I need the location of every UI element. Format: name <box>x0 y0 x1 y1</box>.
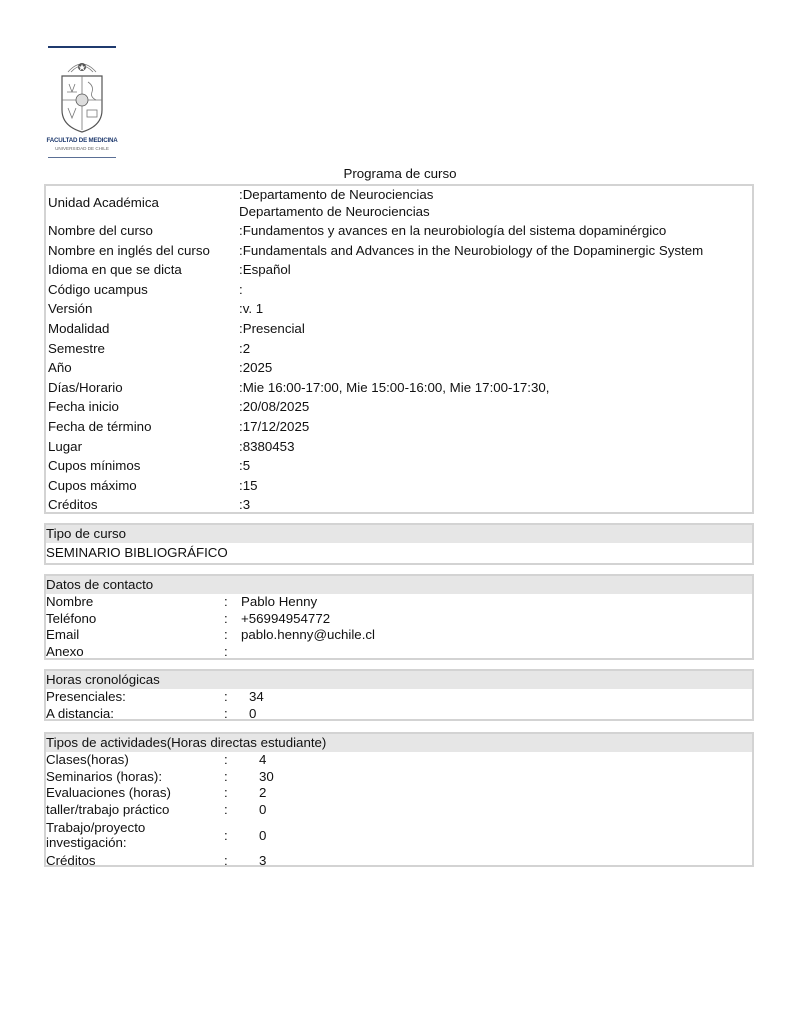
info-label: Código ucampus <box>48 282 148 297</box>
row-value: pablo.henny@uchile.cl <box>241 627 375 644</box>
row-label: taller/trabajo práctico <box>46 802 169 819</box>
info-value: :17/12/2025 <box>239 419 309 434</box>
info-label: Fecha inicio <box>48 399 119 414</box>
row-label: Email <box>46 627 79 644</box>
university-crest-icon <box>58 54 106 134</box>
info-value: :Presencial <box>239 321 305 336</box>
row-value: 34 <box>249 689 264 706</box>
info-value: : <box>239 282 243 297</box>
row-label: Clases(horas) <box>46 752 129 769</box>
info-label: Año <box>48 360 72 375</box>
info-value: :2025 <box>239 360 272 375</box>
info-label: Versión <box>48 301 92 316</box>
row-value: 4 <box>259 752 266 769</box>
info-label: Unidad Académica <box>48 195 159 210</box>
info-value: :Fundamentals and Advances in the Neurob… <box>239 243 703 258</box>
row-value: 0 <box>249 706 256 723</box>
info-label: Nombre del curso <box>48 223 153 238</box>
row-label: A distancia: <box>46 706 114 723</box>
section-row: Nombre:Pablo Henny <box>46 594 752 611</box>
faculty-name: FACULTAD DE MEDICINA <box>46 137 118 144</box>
info-value: :v. 1 <box>239 301 263 316</box>
info-label: Nombre en inglés del curso <box>48 243 210 258</box>
row-label: Seminarios (horas): <box>46 769 162 786</box>
row-label: Anexo <box>46 644 84 661</box>
row-label: Trabajo/proyectoinvestigación: <box>46 820 145 850</box>
section-row: Créditos:3 <box>46 853 752 870</box>
section-heading: Horas cronológicas <box>46 671 752 689</box>
section-row: Trabajo/proyectoinvestigación::0 <box>46 819 752 853</box>
info-label: Créditos <box>48 497 98 512</box>
row-value: 2 <box>259 785 266 802</box>
row-separator: : <box>224 644 228 661</box>
row-value: 0 <box>259 802 266 819</box>
info-value: :Español <box>239 262 291 277</box>
row-separator: : <box>224 627 228 644</box>
row-separator: : <box>224 611 228 628</box>
section-row: Evaluaciones (horas):2 <box>46 785 752 802</box>
info-value: :Mie 16:00-17:00, Mie 15:00-16:00, Mie 1… <box>239 380 549 395</box>
row-separator: : <box>224 594 228 611</box>
row-separator: : <box>224 828 228 843</box>
section-row: Teléfono:+56994954772 <box>46 611 752 628</box>
row-label: Créditos <box>46 853 96 870</box>
info-label: Días/Horario <box>48 380 123 395</box>
row-separator: : <box>224 769 228 786</box>
section-heading: Tipos de actividades(Horas directas estu… <box>46 734 752 752</box>
info-label: Cupos máximo <box>48 478 137 493</box>
info-label: Semestre <box>48 341 105 356</box>
contact-section: Datos de contacto Nombre:Pablo HennyTelé… <box>44 574 754 660</box>
row-separator: : <box>224 689 228 706</box>
section-row: taller/trabajo práctico:0 <box>46 802 752 819</box>
row-separator: : <box>224 853 228 870</box>
faculty-logo: FACULTAD DE MEDICINA UNIVERSIDAD DE CHIL… <box>46 46 118 160</box>
section-row: Email:pablo.henny@uchile.cl <box>46 627 752 644</box>
info-value: :5 <box>239 458 250 473</box>
info-label: Idioma en que se dicta <box>48 262 182 277</box>
section-row: Seminarios (horas)::30 <box>46 769 752 786</box>
logo-bottom-rule <box>48 157 116 158</box>
row-separator: : <box>224 785 228 802</box>
hours-section: Horas cronológicas Presenciales::34A dis… <box>44 669 754 721</box>
row-separator: : <box>224 752 228 769</box>
row-label: Evaluaciones (horas) <box>46 785 171 802</box>
row-separator: : <box>224 706 228 723</box>
row-label: Nombre <box>46 594 93 611</box>
logo-top-rule <box>48 46 116 48</box>
university-name: UNIVERSIDAD DE CHILE <box>46 146 118 151</box>
row-value: 3 <box>259 853 266 870</box>
row-label-line: investigación: <box>46 835 127 850</box>
row-value: Pablo Henny <box>241 594 317 611</box>
row-label-line: Trabajo/proyecto <box>46 820 145 835</box>
info-label: Fecha de término <box>48 419 151 434</box>
section-heading: Datos de contacto <box>46 576 752 594</box>
info-value: :Departamento de Neurociencias <box>239 187 433 202</box>
row-value: 0 <box>259 828 266 843</box>
info-value-continued: Departamento de Neurociencias <box>239 204 430 219</box>
info-value: :2 <box>239 341 250 356</box>
section-row: A distancia::0 <box>46 706 752 723</box>
info-label: Modalidad <box>48 321 109 336</box>
activities-section: Tipos de actividades(Horas directas estu… <box>44 732 754 867</box>
info-value: :8380453 <box>239 439 294 454</box>
section-row: Presenciales::34 <box>46 689 752 706</box>
info-label: Lugar <box>48 439 82 454</box>
row-separator: : <box>224 802 228 819</box>
info-value: :3 <box>239 497 250 512</box>
course-type-value: SEMINARIO BIBLIOGRÁFICO <box>46 543 752 563</box>
info-value: :Fundamentos y avances en la neurobiolog… <box>239 223 666 238</box>
document-title: Programa de curso <box>0 166 800 181</box>
row-value: +56994954772 <box>241 611 330 628</box>
info-label: Cupos mínimos <box>48 458 140 473</box>
course-info-table: Unidad Académica:Departamento de Neuroci… <box>44 184 754 514</box>
info-value: :15 <box>239 478 258 493</box>
row-label: Presenciales: <box>46 689 126 706</box>
row-value: 30 <box>259 769 274 786</box>
section-row: Anexo: <box>46 644 752 661</box>
info-value: :20/08/2025 <box>239 399 309 414</box>
section-row: Clases(horas):4 <box>46 752 752 769</box>
course-type-section: Tipo de curso SEMINARIO BIBLIOGRÁFICO <box>44 523 754 565</box>
section-heading: Tipo de curso <box>46 525 752 543</box>
row-label: Teléfono <box>46 611 96 628</box>
